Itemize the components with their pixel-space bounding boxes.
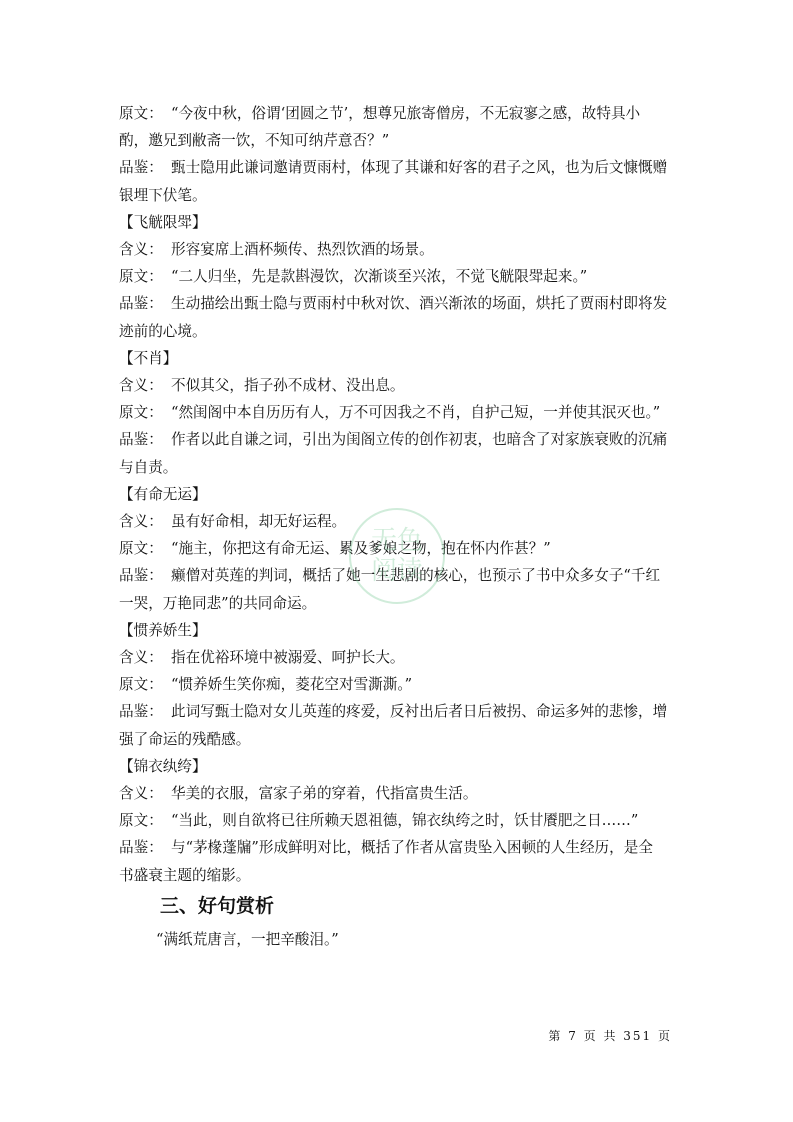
line-label: 品鉴： (119, 426, 171, 453)
line-label: 含义： (119, 508, 171, 535)
entry-line: 含义：虽有好命相，却无好运程。 (119, 508, 675, 535)
entry-title: 【不肖】 (119, 345, 675, 372)
line-label: 品鉴： (119, 154, 171, 181)
line-label: 含义： (119, 236, 171, 263)
line-label: 原文： (119, 535, 171, 562)
entry-guanyang: 【惯养娇生】 含义：指在优裕环境中被溺爱、呵护长大。 原文：“惯养娇生笑你痴，菱… (119, 617, 675, 753)
line-label: 原文： (119, 100, 171, 127)
section-heading: 三、好句赏析 (160, 893, 274, 919)
line-label: 原文： (119, 671, 171, 698)
line-label: 原文： (119, 399, 171, 426)
document-body: 原文：“今夜中秋，俗谓‘团圆之节’，想尊兄旅寄僧房，不无寂寥之感，故特具小 酌，… (119, 100, 675, 889)
line-label: 品鉴： (119, 290, 171, 317)
entry-line: 与自责。 (119, 454, 675, 481)
entry-line: 酌，邀兄到敝斋一饮，不知可纳芹意否？” (119, 127, 675, 154)
entry-feigong: 【飞觥限斝】 含义：形容宴席上酒杯频传、热烈饮酒的场景。 原文：“二人归坐，先是… (119, 209, 675, 345)
entry-line: 强了命运的残酷感。 (119, 726, 675, 753)
entry-line: 银埋下伏笔。 (119, 182, 675, 209)
entry-line: 原文：“惯养娇生笑你痴，菱花空对雪澌澌。” (119, 671, 675, 698)
entry-youming: 【有命无运】 含义：虽有好命相，却无好运程。 原文：“施主，你把这有命无运、累及… (119, 481, 675, 617)
entry-continued: 原文：“今夜中秋，俗谓‘团圆之节’，想尊兄旅寄僧房，不无寂寥之感，故特具小 酌，… (119, 100, 675, 209)
entry-line: 含义：指在优裕环境中被溺爱、呵护长大。 (119, 644, 675, 671)
entry-line: 品鉴：此词写甄士隐对女儿英莲的疼爱，反衬出后者日后被拐、命运多舛的悲惨，增 (119, 698, 675, 725)
entry-line: 一哭，万艳同悲”的共同命运。 (119, 590, 675, 617)
line-label: 含义： (119, 780, 171, 807)
line-label: 品鉴： (119, 698, 171, 725)
entry-line: 含义：不似其父，指子孙不成材、没出息。 (119, 372, 675, 399)
entry-line: 品鉴：作者以此自谦之词，引出为闺阁立传的创作初衷，也暗含了对家族衰败的沉痛 (119, 426, 675, 453)
line-label: 原文： (119, 807, 171, 834)
entry-line: 含义：华美的衣服，富家子弟的穿着，代指富贵生活。 (119, 780, 675, 807)
line-label: 原文： (119, 263, 171, 290)
entry-title: 【飞觥限斝】 (119, 209, 675, 236)
line-label: 含义： (119, 644, 171, 671)
entry-title: 【惯养娇生】 (119, 617, 675, 644)
line-label: 品鉴： (119, 834, 171, 861)
entry-line: 书盛衰主题的缩影。 (119, 862, 675, 889)
entry-line: 品鉴：与“茅椽蓬牖”形成鲜明对比，概括了作者从富贵坠入困顿的人生经历，是全 (119, 834, 675, 861)
line-label: 含义： (119, 372, 171, 399)
entry-line: 含义：形容宴席上酒杯频传、热烈饮酒的场景。 (119, 236, 675, 263)
entry-line: 品鉴：生动描绘出甄士隐与贾雨村中秋对饮、酒兴渐浓的场面，烘托了贾雨村即将发 (119, 290, 675, 317)
entry-buxiao: 【不肖】 含义：不似其父，指子孙不成材、没出息。 原文：“然闺阁中本自历历有人，… (119, 345, 675, 481)
entry-line: 迹前的心境。 (119, 318, 675, 345)
entry-line: 原文：“施主，你把这有命无运、累及爹娘之物，抱在怀内作甚？” (119, 535, 675, 562)
entry-line: 原文：“然闺阁中本自历历有人，万不可因我之不肖，自护己短，一并使其泯灭也。” (119, 399, 675, 426)
entry-line: 品鉴：癞僧对英莲的判词，概括了她一生悲剧的核心，也预示了书中众多女子“千红 (119, 562, 675, 589)
entry-line: 品鉴：甄士隐用此谦词邀请贾雨村，体现了其谦和好客的君子之风，也为后文慷慨赠 (119, 154, 675, 181)
entry-title: 【有命无运】 (119, 481, 675, 508)
entry-line: 原文：“今夜中秋，俗谓‘团圆之节’，想尊兄旅寄僧房，不无寂寥之感，故特具小 (119, 100, 675, 127)
line-label: 品鉴： (119, 562, 171, 589)
entry-line: 原文：“当此，则自欲将已往所赖天恩祖德，锦衣纨绔之时，饫甘餍肥之日……” (119, 807, 675, 834)
entry-line: 原文：“二人归坐，先是款斟漫饮，次渐谈至兴浓，不觉飞觥限斝起来。” (119, 263, 675, 290)
entry-title: 【锦衣纨绔】 (119, 753, 675, 780)
entry-jinyi: 【锦衣纨绔】 含义：华美的衣服，富家子弟的穿着，代指富贵生活。 原文：“当此，则… (119, 753, 675, 889)
section-quote: “满纸荒唐言，一把辛酸泪。” (156, 928, 339, 952)
page-number: 第 7 页 共 351 页 (548, 1027, 672, 1044)
